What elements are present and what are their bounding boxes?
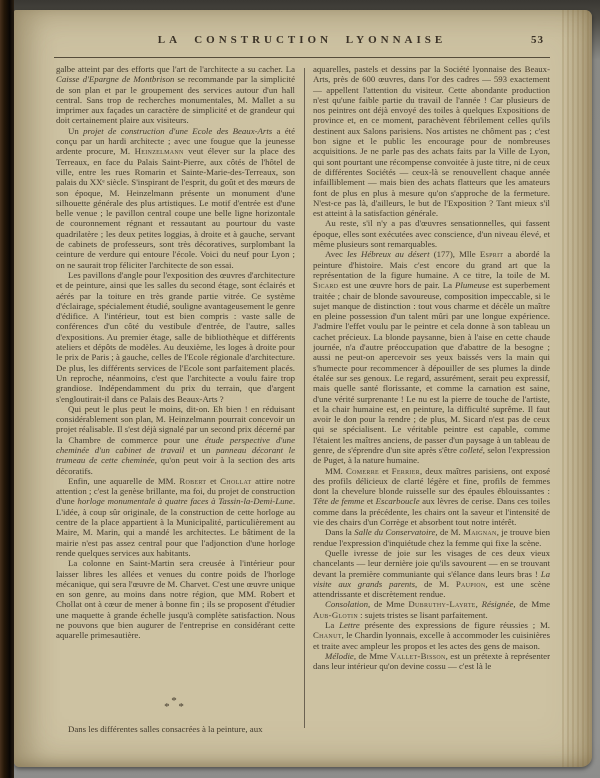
paragraph: Dans la Salle du Conservatoire, de M. Ma… [313,527,550,548]
paragraph: Mélodie, de Mme Vallet-Bisson, est un pr… [313,651,550,672]
page-number: 53 [531,34,544,46]
paragraph: Les pavillons d'angle pour l'exposition … [56,270,295,404]
text-run: Dans la [325,527,354,537]
smallcaps-text: Robert [179,476,206,486]
left-column: galbe atteint par des efforts que l'art … [56,64,295,734]
page-fore-edge [562,10,592,767]
italic-text: les Hébreux au désert [347,249,429,259]
journal-title: LA CONSTRUCTION LYONNAISE [54,34,550,46]
text-run: La [325,620,339,630]
left-column-footer: * * * Dans les différentes salles consac… [56,694,295,734]
text-run: (177), Mlle [430,249,480,259]
text-run: , de Mme [513,599,550,609]
page-paper: LA CONSTRUCTION LYONNAISE 53 galbe attei… [14,10,592,767]
smallcaps-text: Aub-Glotin [313,610,358,620]
text-run: , de Mme [368,599,408,609]
header-rule [54,57,550,58]
italic-text: colleté [459,445,482,455]
text-run: est superbement traitée ; chair de blond… [313,280,550,455]
page-header: LA CONSTRUCTION LYONNAISE 53 [54,34,550,56]
italic-text: Salle du Conservatoire [354,527,435,537]
italic-text: Mélodie [325,651,354,661]
column-divider-rule [304,68,305,728]
text-run: Au reste, s'il n'y a pas d'œuvres sensat… [313,218,550,249]
text-run: La colonne en Saint-Martin sera creusée … [56,558,295,640]
text-columns: galbe atteint par des efforts que l'art … [56,64,550,734]
paragraph: Un projet de construction d'une Ecole de… [56,126,295,270]
paragraph: Quelle ivresse de joie sur les visages d… [313,548,550,599]
text-run: Enfin, une aquarelle de MM. [68,476,179,486]
text-run: est une œuvre hors de pair. La [338,280,455,290]
italic-text: projet de construction d'une Ecole des B… [83,126,272,136]
smallcaps-text: Chanut [313,630,342,640]
book-binding [0,0,14,778]
text-run: et [206,476,220,486]
text-run: Avec [325,249,347,259]
italic-text: Résignée [482,599,514,609]
text-run: , de Mme [354,651,390,661]
scanned-page: LA CONSTRUCTION LYONNAISE 53 galbe attei… [0,0,600,778]
text-run: et [364,496,375,506]
text-run: Un [68,126,83,136]
text-run: , le Chardin lyonnais, excelle à accommo… [313,630,550,650]
left-column-body: galbe atteint par des efforts que l'art … [56,64,295,641]
asterism-divider: * * * [56,694,295,710]
smallcaps-text: Paupion [456,579,486,589]
italic-text: Consolation [325,599,368,609]
text-run: : sujets tristes se lisant parfaitement. [358,610,488,620]
smallcaps-text: Esprit [480,249,504,259]
right-column: aquarelles, pastels et dessins par la So… [313,64,550,734]
left-column-last-paragraph: Dans les différentes salles consacrées à… [56,724,295,734]
text-run: Dans les différentes salles consacrées à… [68,724,263,734]
italic-text: horloge monumentale à quatre faces à Tas… [77,496,292,506]
text-run: veut élever sur la place des Terreaux, e… [56,146,295,269]
italic-text: Caisse d'Epargne de Montbrison [56,74,174,84]
paragraph: MM. Comerre et Ferrier, deux maîtres par… [313,466,550,528]
smallcaps-text: Heinzelmann [135,146,184,156]
italic-text: Lettre [339,620,360,630]
italic-text: Escarboucle [376,496,420,506]
asterism-bottom: * * [56,704,295,710]
text-run: et un [184,445,216,455]
text-run: Quelle ivresse de joie sur les visages d… [313,548,550,579]
smallcaps-text: Ferrier [392,466,420,476]
italic-text: Plumeuse [455,280,489,290]
paragraph: La Lettre présente des expressions de fi… [313,620,550,651]
paragraph: Au reste, s'il n'y a pas d'œuvres sensat… [313,218,550,249]
smallcaps-text: Dubruthy-Layrte [408,599,475,609]
text-run: , de M. [415,579,456,589]
paragraph: galbe atteint par des efforts que l'art … [56,64,295,126]
smallcaps-text: Vallet-Bisson [390,651,445,661]
paragraph: aquarelles, pastels et dessins par la So… [313,64,550,218]
smallcaps-text: Comerre [346,466,379,476]
paragraph: La colonne en Saint-Martin sera creusée … [56,558,295,640]
smallcaps-text: Chollat [220,476,251,486]
text-run: et [379,466,392,476]
text-run: aquarelles, pastels et dessins par la So… [313,64,550,218]
paragraph: Consolation, de Mme Dubruthy-Layrte, Rés… [313,599,550,620]
text-run: , de M. [435,527,463,537]
smallcaps-text: Maignan [463,527,497,537]
text-run: présente des expressions de figure réuss… [360,620,550,630]
text-run: Les pavillons d'angle pour l'exposition … [56,270,295,404]
smallcaps-text: Sicard [313,280,338,290]
paragraph: Dans les différentes salles consacrées à… [56,724,295,734]
paragraph: Avec les Hébreux au désert (177), Mlle E… [313,249,550,465]
paragraph: Qui peut le plus peut le moins, dit-on. … [56,404,295,476]
paragraph: Enfin, une aquarelle de MM. Robert et Ch… [56,476,295,558]
italic-text: Tête de femme [313,496,364,506]
text-run: MM. [325,466,346,476]
text-run: galbe atteint par des efforts que l'art … [56,64,295,74]
